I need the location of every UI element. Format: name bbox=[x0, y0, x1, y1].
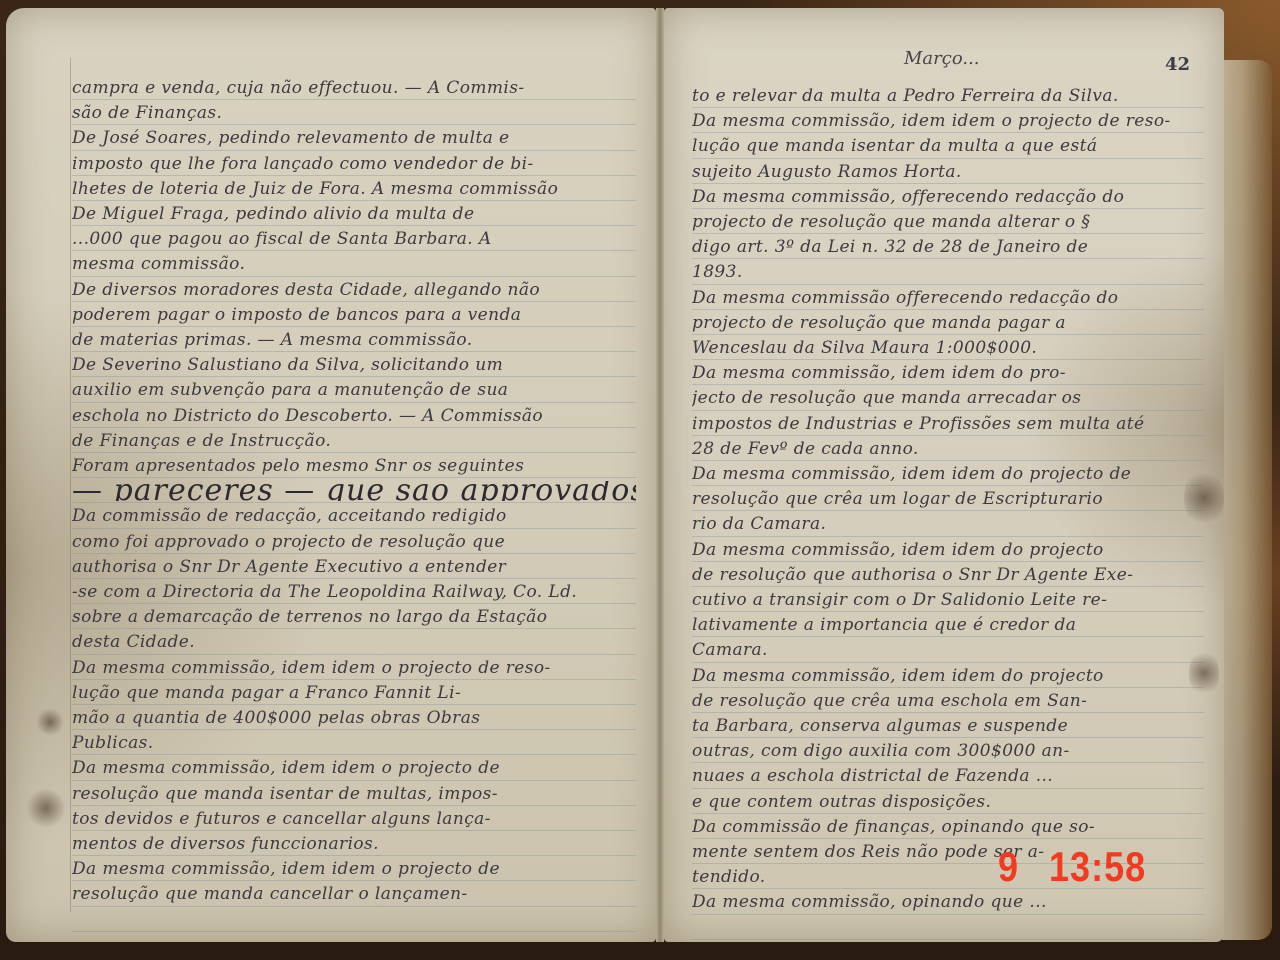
rule-line bbox=[692, 359, 1204, 360]
rule-line bbox=[692, 460, 1204, 461]
rule-line bbox=[72, 200, 636, 201]
left-margin-line bbox=[70, 58, 71, 912]
handwritten-line: mão a quantia de 400$000 pelas obras Obr… bbox=[72, 708, 636, 728]
handwritten-line: lativamente a importancia que é credor d… bbox=[692, 615, 1204, 635]
camera-timestamp-overlay: 913:58 bbox=[998, 843, 1146, 891]
handwritten-line: Da mesma commissão, idem idem o projecto… bbox=[72, 658, 636, 678]
handwritten-line: — pareceres — que são approvados: bbox=[72, 481, 636, 501]
rule-line bbox=[72, 326, 636, 327]
rule-line bbox=[692, 510, 1204, 511]
handwritten-line: resolução que crêa um logar de Escriptur… bbox=[692, 489, 1204, 509]
handwritten-line: desta Cidade. bbox=[72, 632, 636, 652]
handwritten-line: Camara. bbox=[692, 640, 1204, 660]
handwritten-line: de materias primas. — A mesma commissão. bbox=[72, 330, 636, 350]
handwritten-line: Da mesma commissão, idem idem do project… bbox=[692, 540, 1204, 560]
book-gutter bbox=[656, 8, 664, 942]
handwritten-line: Publicas. bbox=[72, 733, 636, 753]
rule-line bbox=[72, 99, 636, 100]
handwritten-line: são de Finanças. bbox=[72, 103, 636, 123]
ink-stain bbox=[1184, 468, 1224, 528]
ink-stain bbox=[36, 708, 64, 736]
rule-line bbox=[692, 611, 1204, 612]
handwritten-line: Foram apresentados pelo mesmo Snr os seg… bbox=[72, 456, 636, 476]
rule-line bbox=[692, 838, 1204, 839]
rule-line bbox=[72, 603, 636, 604]
rule-line bbox=[692, 309, 1204, 310]
handwritten-line: to e relevar da multa a Pedro Ferreira d… bbox=[692, 86, 1204, 106]
rule-line bbox=[692, 384, 1204, 385]
rule-line bbox=[692, 914, 1204, 915]
handwritten-line: imposto que lhe fora lançado como vended… bbox=[72, 154, 636, 174]
handwritten-line: ...000 que pagou ao fiscal de Santa Barb… bbox=[72, 229, 636, 249]
rule-line bbox=[692, 636, 1204, 637]
handwritten-line: cutivo a transigir com o Dr Salidonio Le… bbox=[692, 590, 1204, 610]
rule-line bbox=[692, 208, 1204, 209]
timestamp-day: 9 bbox=[998, 843, 1019, 891]
rule-line bbox=[692, 813, 1204, 814]
rule-line bbox=[72, 704, 636, 705]
handwritten-line: rio da Camara. bbox=[692, 514, 1204, 534]
handwritten-line: lução que manda isentar da multa a que e… bbox=[692, 136, 1204, 156]
rule-line bbox=[692, 410, 1204, 411]
handwritten-line: e que contem outras disposições. bbox=[692, 792, 1204, 812]
handwritten-line: Da commissão de finanças, opinando que s… bbox=[692, 817, 1204, 837]
rule-line bbox=[692, 334, 1204, 335]
handwritten-line: De Severino Salustiano da Silva, solicit… bbox=[72, 355, 636, 375]
handwritten-line: Da mesma commissão offerecendo redacção … bbox=[692, 288, 1204, 308]
rule-line bbox=[692, 762, 1204, 763]
handwritten-line: 28 de Fevº de cada anno. bbox=[692, 439, 1204, 459]
handwritten-line: auxilio em subvenção para a manutenção d… bbox=[72, 380, 636, 400]
ink-stain bbox=[26, 788, 66, 828]
handwritten-line: Da mesma commissão, idem idem o projecto… bbox=[692, 111, 1204, 131]
rule-line bbox=[692, 107, 1204, 108]
handwritten-line: como foi approvado o projecto de resoluç… bbox=[72, 532, 636, 552]
handwritten-line: 1893. bbox=[692, 262, 1204, 282]
rule-line bbox=[72, 654, 636, 655]
handwritten-line: de resolução que authorisa o Snr Dr Agen… bbox=[692, 565, 1204, 585]
rule-line bbox=[692, 183, 1204, 184]
rule-line bbox=[72, 276, 636, 277]
handwritten-line: digo art. 3º da Lei n. 32 de 28 de Janei… bbox=[692, 237, 1204, 257]
rule-line bbox=[72, 578, 636, 579]
handwritten-line: outras, com digo auxilia com 300$000 an- bbox=[692, 741, 1204, 761]
rule-line bbox=[72, 855, 636, 856]
handwritten-line: nuaes a eschola districtal de Fazenda ..… bbox=[692, 766, 1204, 786]
handwritten-line: Da mesma commissão, offerecendo redacção… bbox=[692, 187, 1204, 207]
rule-line bbox=[692, 586, 1204, 587]
handwritten-line: Da mesma commissão, idem idem do project… bbox=[692, 666, 1204, 686]
rule-line bbox=[692, 284, 1204, 285]
rule-line bbox=[72, 477, 636, 478]
handwritten-line: campra e venda, cuja não effectuou. — A … bbox=[72, 78, 636, 98]
rule-line bbox=[692, 939, 1204, 940]
rule-line bbox=[72, 880, 636, 881]
rule-line bbox=[72, 452, 636, 453]
handwritten-line: Da mesma commissão, idem idem o projecto… bbox=[72, 859, 636, 879]
rule-line bbox=[72, 376, 636, 377]
handwritten-line: lução que manda pagar a Franco Fannit Li… bbox=[72, 683, 636, 703]
rule-line bbox=[72, 427, 636, 428]
rule-line bbox=[72, 301, 636, 302]
rule-line bbox=[72, 780, 636, 781]
handwritten-line: Da commissão de redacção, acceitando red… bbox=[72, 506, 636, 526]
rule-line bbox=[692, 662, 1204, 663]
handwritten-line: Da mesma commissão, idem idem o projecto… bbox=[72, 758, 636, 778]
handwritten-line: resolução que manda cancellar o lançamen… bbox=[72, 884, 636, 904]
handwritten-line: jecto de resolução que manda arrecadar o… bbox=[692, 388, 1204, 408]
ink-stain bbox=[1189, 648, 1219, 698]
handwritten-line: projecto de resolução que manda alterar … bbox=[692, 212, 1204, 232]
handwritten-line: De Miguel Fraga, pedindo alivio da multa… bbox=[72, 204, 636, 224]
page-header: Março... bbox=[904, 48, 980, 69]
handwritten-line: sujeito Augusto Ramos Horta. bbox=[692, 162, 1204, 182]
rule-line bbox=[72, 729, 636, 730]
rule-line bbox=[692, 712, 1204, 713]
left-page-text: campra e venda, cuja não effectuou. — A … bbox=[72, 78, 636, 918]
handwritten-line: Wenceslau da Silva Maura 1:000$000. bbox=[692, 338, 1204, 358]
handwritten-line: sobre a demarcação de terrenos no largo … bbox=[72, 607, 636, 627]
rule-line bbox=[692, 737, 1204, 738]
rule-line bbox=[72, 402, 636, 403]
rule-line bbox=[72, 250, 636, 251]
rule-line bbox=[72, 175, 636, 176]
rule-line bbox=[692, 687, 1204, 688]
timestamp-time: 13:58 bbox=[1049, 843, 1146, 891]
rule-line bbox=[72, 906, 636, 907]
rule-line bbox=[692, 158, 1204, 159]
handwritten-line: lhetes de loteria de Juiz de Fora. A mes… bbox=[72, 179, 636, 199]
handwritten-line: poderem pagar o imposto de bancos para a… bbox=[72, 305, 636, 325]
rule-line bbox=[72, 830, 636, 831]
rule-line bbox=[72, 931, 636, 932]
rule-line bbox=[692, 435, 1204, 436]
handwritten-line: mentos de diversos funccionarios. bbox=[72, 834, 636, 854]
handwritten-line: Da mesma commissão, opinando que ... bbox=[692, 892, 1204, 912]
rule-line bbox=[692, 233, 1204, 234]
rule-line bbox=[72, 805, 636, 806]
handwritten-line: ta Barbara, conserva algumas e suspende bbox=[692, 716, 1204, 736]
handwritten-line: Da mesma commissão, idem idem do pro- bbox=[692, 363, 1204, 383]
handwritten-line: resolução que manda isentar de multas, i… bbox=[72, 784, 636, 804]
rule-line bbox=[692, 132, 1204, 133]
rule-line bbox=[692, 788, 1204, 789]
rule-line bbox=[72, 528, 636, 529]
rule-line bbox=[692, 485, 1204, 486]
rule-line bbox=[72, 351, 636, 352]
rule-line bbox=[692, 258, 1204, 259]
handwritten-line: de resolução que crêa uma eschola em San… bbox=[692, 691, 1204, 711]
handwritten-line: mesma commissão. bbox=[72, 254, 636, 274]
handwritten-line: de Finanças e de Instrucção. bbox=[72, 431, 636, 451]
right-page: Março... 42 to e relevar da multa a Pedr… bbox=[664, 8, 1224, 942]
page-stack-edge bbox=[1222, 60, 1272, 940]
rule-line bbox=[72, 124, 636, 125]
handwritten-line: -se com a Directoria da The Leopoldina R… bbox=[72, 582, 636, 602]
handwritten-line: De diversos moradores desta Cidade, alle… bbox=[72, 280, 636, 300]
handwritten-line: tos devidos e futuros e cancellar alguns… bbox=[72, 809, 636, 829]
page-number: 42 bbox=[1165, 54, 1190, 75]
handwritten-line: Da mesma commissão, idem idem do project… bbox=[692, 464, 1204, 484]
rule-line bbox=[692, 561, 1204, 562]
handwritten-line: eschola no Districto do Descoberto. — A … bbox=[72, 406, 636, 426]
handwritten-line: De José Soares, pedindo relevamento de m… bbox=[72, 128, 636, 148]
handwritten-line: authorisa o Snr Dr Agente Executivo a en… bbox=[72, 557, 636, 577]
rule-line bbox=[72, 553, 636, 554]
left-page: campra e venda, cuja não effectuou. — A … bbox=[6, 8, 656, 942]
rule-line bbox=[72, 628, 636, 629]
rule-line bbox=[692, 536, 1204, 537]
handwritten-line: impostos de Industrias e Profissões sem … bbox=[692, 414, 1204, 434]
rule-line bbox=[72, 679, 636, 680]
rule-line bbox=[72, 150, 636, 151]
rule-line bbox=[72, 502, 636, 503]
rule-line bbox=[72, 754, 636, 755]
handwritten-line: projecto de resolução que manda pagar a bbox=[692, 313, 1204, 333]
right-page-text: to e relevar da multa a Pedro Ferreira d… bbox=[692, 86, 1204, 926]
rule-line bbox=[72, 225, 636, 226]
